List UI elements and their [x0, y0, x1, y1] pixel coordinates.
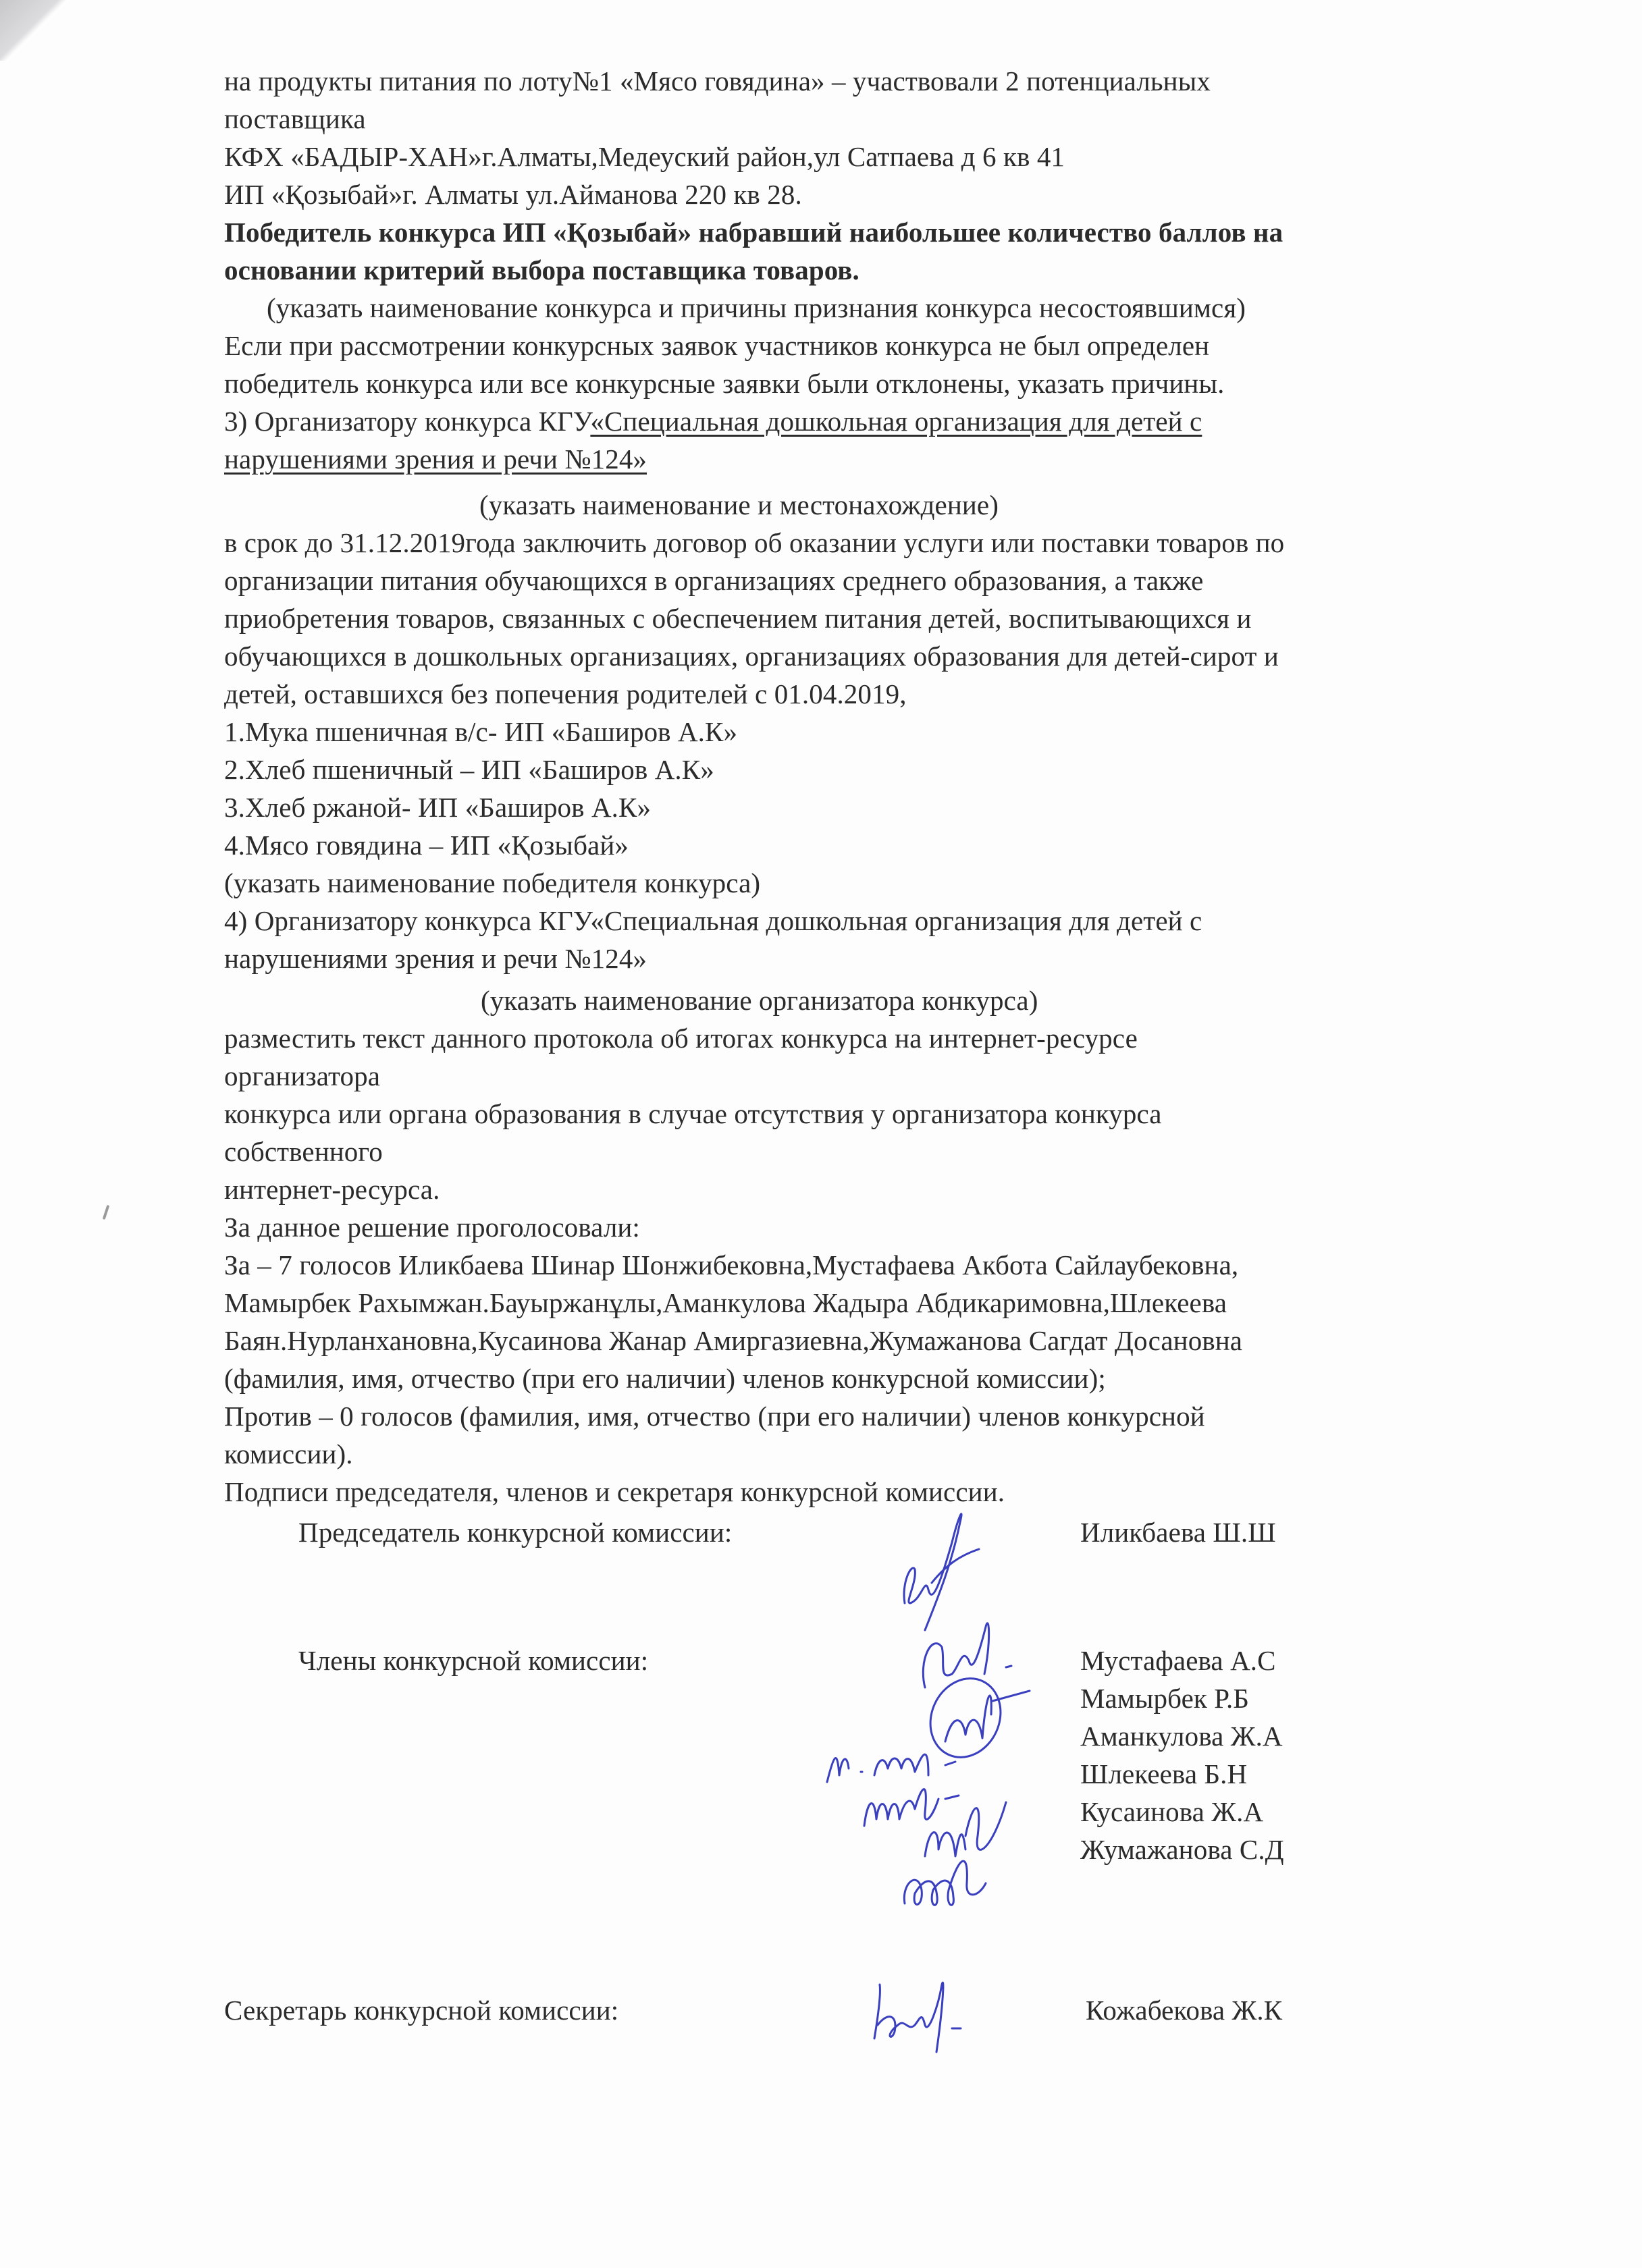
supplier-1: КФХ «БАДЫР-ХАН»г.Алматы,Медеуский район,… [224, 138, 1065, 175]
section3-heading: 3) Организатору конкурса КГУ«Специальная… [224, 402, 1202, 440]
vote-against: комиссии). [224, 1435, 353, 1473]
winner-statement: основании критерий выбора поставщика тов… [224, 251, 859, 289]
vote-for: Мамырбек Рахымжан.Бауыржанұлы,Аманкулова… [224, 1284, 1227, 1322]
organizer-name-cont: нарушениями зрения и речи №124» [224, 440, 647, 478]
member-name: Шлекеева Б.Н [1080, 1755, 1247, 1793]
section4-body: конкурса или органа образования в случае… [224, 1095, 1162, 1133]
organizer-name: «Специальная дошкольная организация для … [590, 406, 1202, 437]
vote-against: Против – 0 голосов (фамилия, имя, отчест… [224, 1397, 1205, 1435]
member-name: Кусаинова Ж.А [1080, 1793, 1263, 1831]
intro-line: на продукты питания по лоту№1 «Мясо говя… [224, 62, 1211, 100]
member-name: Жумажанова С.Д [1080, 1831, 1284, 1868]
scan-artifact-mark [103, 1205, 110, 1220]
failed-text: победитель конкурса или все конкурсные з… [224, 364, 1224, 402]
section4-heading-cont: нарушениями зрения и речи №124» [224, 940, 647, 977]
section4-body: собственного [224, 1133, 383, 1170]
section3-body: организации питания обучающихся в органи… [224, 562, 1203, 599]
section3-body: детей, оставшихся без попечения родителе… [224, 675, 907, 713]
vote-heading: За данное решение проголосовали: [224, 1208, 640, 1246]
hint-location: (указать наименование и местонахождение) [479, 486, 999, 524]
hint-winner: (указать наименование победителя конкурс… [224, 864, 760, 902]
hint-organizer: (указать наименование организатора конку… [481, 981, 1038, 1019]
vote-for-hint: (фамилия, имя, отчество (при его наличии… [224, 1359, 1106, 1397]
section3-prefix: 3) Организатору конкурса КГУ [224, 406, 590, 437]
member-name: Мустафаева А.С [1080, 1642, 1276, 1679]
winner-statement: Победитель конкурса ИП «Қозыбай» набравш… [224, 213, 1283, 251]
section3-body: обучающихся в дошкольных организациях, о… [224, 637, 1279, 675]
chairman-name: Иликбаева Ш.Ш [1080, 1513, 1276, 1551]
lot-winner: 1.Мука пшеничная в/с- ИП «Баширов А.К» [224, 713, 737, 751]
lot-winner: 3.Хлеб ржаной- ИП «Баширов А.К» [224, 788, 651, 826]
intro-line: поставщика [224, 100, 366, 138]
section3-body: приобретения товаров, связанных с обеспе… [224, 599, 1252, 637]
document-page: на продукты питания по лоту№1 «Мясо говя… [0, 0, 1642, 2268]
section3-body: в срок до 31.12.2019года заключить догов… [224, 524, 1284, 562]
member-signature-icon [891, 1843, 1026, 1917]
section4-body: интернет-ресурса. [224, 1170, 440, 1208]
secretary-label: Секретарь конкурсной комиссии: [224, 1991, 618, 2029]
failed-text: Если при рассмотрении конкурсных заявок … [224, 327, 1209, 364]
section4-body: разместить текст данного протокола об ит… [224, 1019, 1138, 1057]
lot-winner: 2.Хлеб пшеничный – ИП «Баширов А.К» [224, 751, 714, 788]
vote-for: Баян.Нурланхановна,Кусаинова Жанар Амирг… [224, 1322, 1242, 1359]
hint-failed: (указать наименование конкурса и причины… [267, 289, 1246, 327]
chairman-label: Председатель конкурсной комиссии: [298, 1513, 732, 1551]
section4-body: организатора [224, 1057, 380, 1095]
member-name: Аманкулова Ж.А [1080, 1717, 1283, 1755]
vote-for: За – 7 голосов Иликбаева Шинар Шонжибеко… [224, 1246, 1238, 1284]
supplier-2: ИП «Қозыбай»г. Алматы ул.Айманова 220 кв… [224, 175, 802, 213]
folded-corner [0, 0, 68, 61]
section4-heading: 4) Организатору конкурса КГУ«Специальная… [224, 902, 1202, 940]
secretary-signature-icon [861, 1978, 996, 2059]
members-label: Члены конкурсной комиссии: [298, 1642, 648, 1679]
member-name: Мамырбек Р.Б [1080, 1679, 1249, 1717]
lot-winner: 4.Мясо говядина – ИП «Қозыбай» [224, 826, 629, 864]
secretary-name: Кожабекова Ж.К [1086, 1991, 1282, 2029]
